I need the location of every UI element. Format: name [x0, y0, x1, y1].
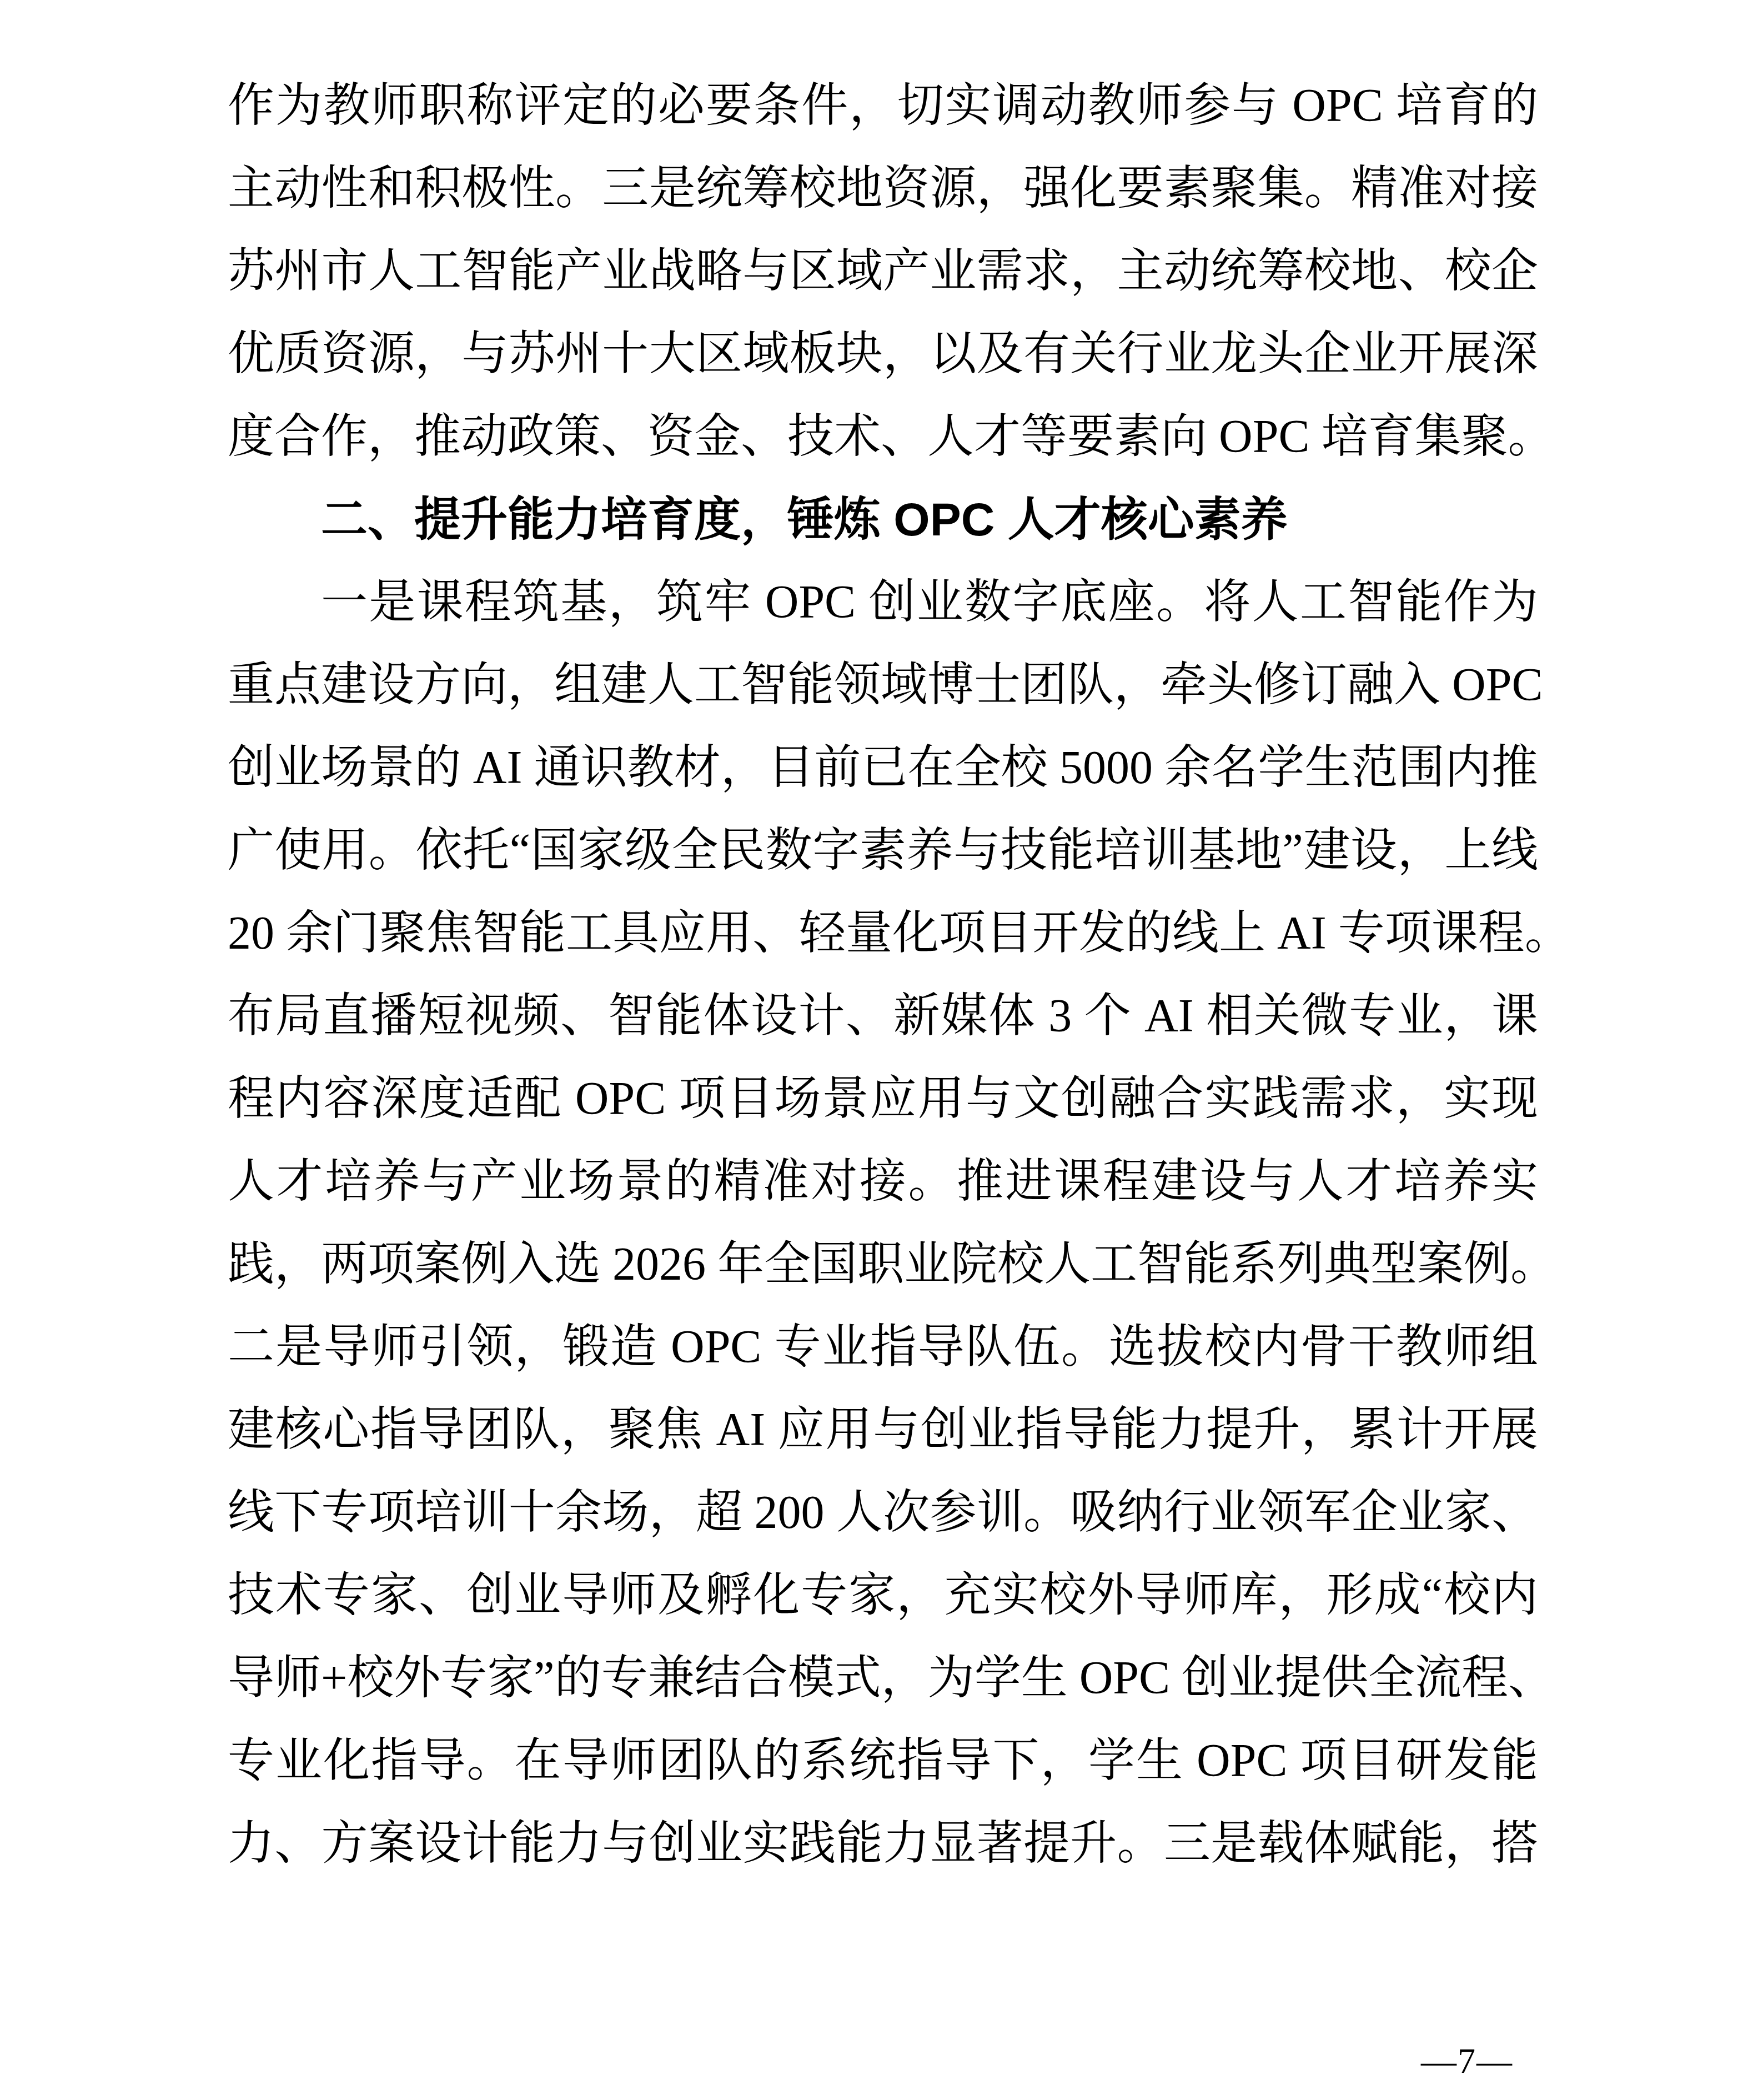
text-line: 二是导师引领，锻造 OPC 专业指导队伍。选拔校内骨干教师组	[228, 1306, 1538, 1389]
text-line: 优质资源，与苏州十大区域板块，以及有关行业龙头企业开展深	[228, 313, 1538, 395]
text-line: 人才培养与产业场景的精准对接。推进课程建设与人才培养实	[228, 1140, 1538, 1223]
text-line: 技术专家、创业导师及孵化专家，充实校外导师库，形成“校内	[228, 1554, 1538, 1637]
text-line: 广使用。依托“国家级全民数字素养与技能培训基地”建设，上线	[228, 809, 1538, 892]
text-line: 20 余门聚焦智能工具应用、轻量化项目开发的线上 AI 专项课程。	[228, 892, 1538, 975]
text-line: 一是课程筑基，筑牢 OPC 创业数字底座。将人工智能作为	[228, 561, 1538, 644]
text-line: 导师+校外专家”的专兼结合模式，为学生 OPC 创业提供全流程、	[228, 1637, 1538, 1720]
text-line: 专业化指导。在导师团队的系统指导下，学生 OPC 项目研发能	[228, 1720, 1538, 1802]
document-body: 作为教师职称评定的必要条件，切实调动教师参与 OPC 培育的 主动性和积极性。三…	[228, 64, 1538, 1885]
text-line: 创业场景的 AI 通识教材，目前已在全校 5000 余名学生范围内推	[228, 726, 1538, 809]
text-line: 程内容深度适配 OPC 项目场景应用与文创融合实践需求，实现	[228, 1057, 1538, 1140]
text-line: 力、方案设计能力与创业实践能力显著提升。三是载体赋能，搭	[228, 1802, 1538, 1885]
text-line: 度合作，推动政策、资金、技术、人才等要素向 OPC 培育集聚。	[228, 395, 1538, 478]
section-heading: 二、提升能力培育度，锤炼 OPC 人才核心素养	[228, 478, 1538, 561]
text-line: 重点建设方向，组建人工智能领域博士团队，牵头修订融入 OPC	[228, 644, 1538, 726]
text-line: 建核心指导团队，聚焦 AI 应用与创业指导能力提升，累计开展	[228, 1389, 1538, 1471]
page-number: —7—	[1421, 2043, 1513, 2079]
document-page: 作为教师职称评定的必要条件，切实调动教师参与 OPC 培育的 主动性和积极性。三…	[0, 0, 1763, 2100]
text-line: 作为教师职称评定的必要条件，切实调动教师参与 OPC 培育的	[228, 64, 1538, 147]
text-line: 主动性和积极性。三是统筹校地资源，强化要素聚集。精准对接	[228, 147, 1538, 230]
text-line: 践，两项案例入选 2026 年全国职业院校人工智能系列典型案例。	[228, 1223, 1538, 1306]
text-line: 苏州市人工智能产业战略与区域产业需求，主动统筹校地、校企	[228, 230, 1538, 313]
text-line: 线下专项培训十余场，超 200 人次参训。吸纳行业领军企业家、	[228, 1471, 1538, 1554]
text-line: 布局直播短视频、智能体设计、新媒体 3 个 AI 相关微专业，课	[228, 975, 1538, 1057]
